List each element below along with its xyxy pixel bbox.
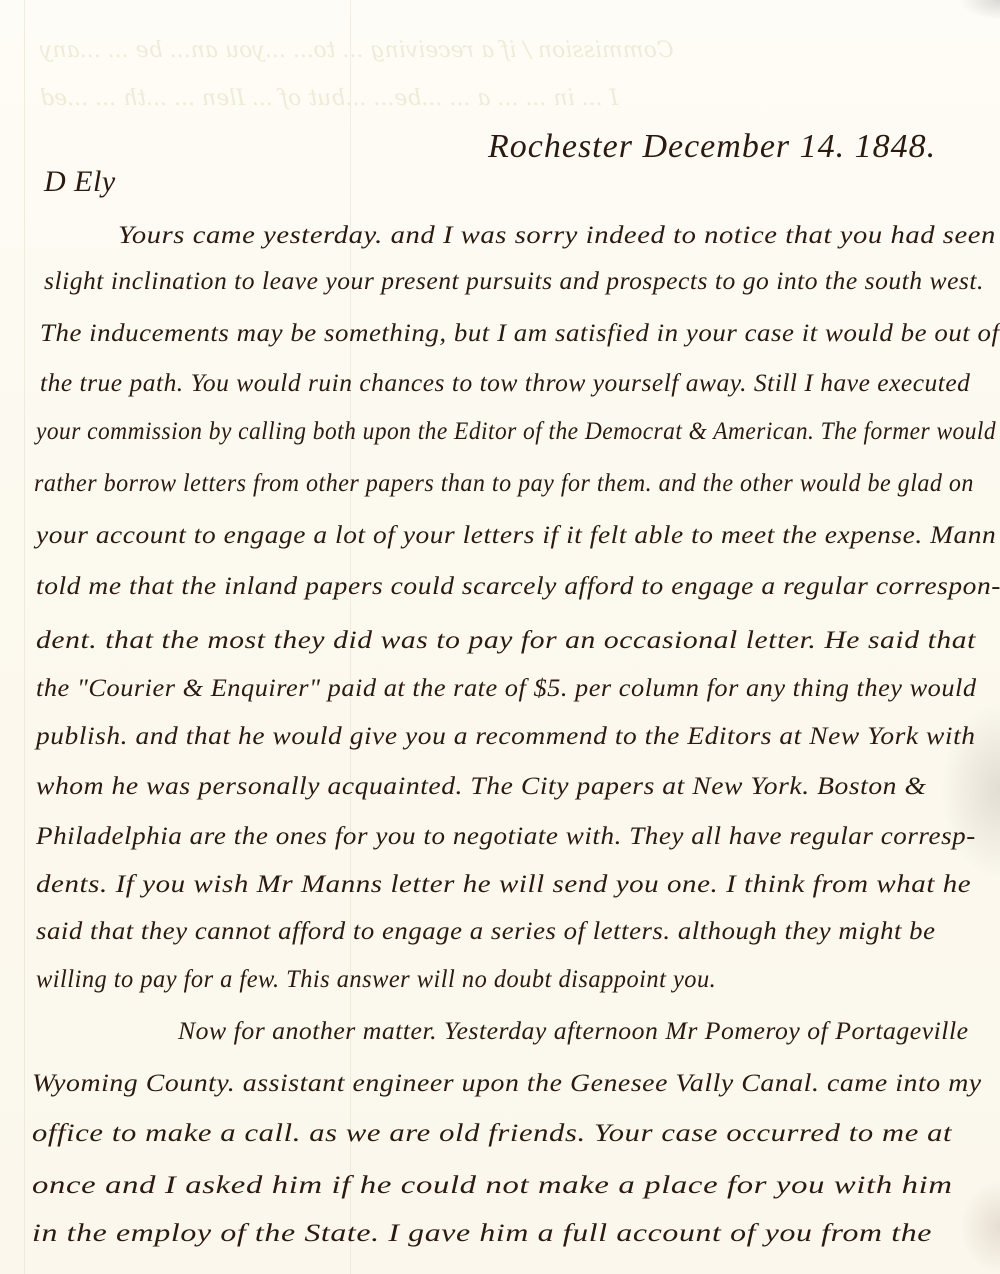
- letter-line: dents. If you wish Mr Manns letter he wi…: [36, 871, 971, 899]
- letter-line: in the employ of the State. I gave him a…: [32, 1220, 932, 1248]
- letter-line: your account to engage a lot of your let…: [36, 522, 996, 550]
- letter-line: Now for another matter. Yesterday aftern…: [178, 1018, 969, 1046]
- letter-line: The inducements may be something, but I …: [40, 320, 1000, 348]
- letter-line: dent. that the most they did was to pay …: [36, 627, 976, 655]
- letter-line: the true path. You would ruin chances to…: [40, 370, 970, 398]
- letter-page: Commission / if a receiving ... to... ..…: [0, 0, 1000, 1274]
- letter-line: said that they cannot afford to engage a…: [36, 918, 936, 946]
- letter-dateline: Rochester December 14. 1848.: [488, 128, 936, 166]
- letter-line: Philadelphia are the ones for you to neg…: [36, 823, 976, 851]
- letter-line: rather borrow letters from other papers …: [34, 470, 974, 498]
- letter-line: told me that the inland papers could sca…: [36, 573, 1000, 601]
- letter-line: publish. and that he would give you a re…: [36, 723, 976, 751]
- paper-corner-wear: [960, 0, 1000, 20]
- bleed-through-text: Commission / if a receiving ... to... ..…: [40, 38, 674, 63]
- letter-salutation: D Ely: [44, 165, 116, 199]
- letter-line: the "Courier & Enquirer" paid at the rat…: [36, 675, 977, 703]
- letter-line: Yours came yesterday. and I was sorry in…: [118, 222, 1000, 250]
- letter-line: Wyoming County. assistant engineer upon …: [32, 1070, 982, 1098]
- letter-line: your commission by calling both upon the…: [36, 418, 996, 446]
- bleed-through-text: I ... in ... ... a ... ...be... ...but o…: [40, 86, 618, 111]
- letter-line: willing to pay for a few. This answer wi…: [36, 966, 716, 994]
- letter-line: once and I asked him if he could not mak…: [32, 1172, 953, 1200]
- letter-line: office to make a call. as we are old fri…: [32, 1120, 952, 1148]
- letter-line: slight inclination to leave your present…: [44, 268, 984, 296]
- paper-edge-wear: [960, 1180, 1000, 1274]
- letter-line: whom he was personally acquainted. The C…: [36, 773, 926, 801]
- paper-edge-line: [24, 0, 25, 1274]
